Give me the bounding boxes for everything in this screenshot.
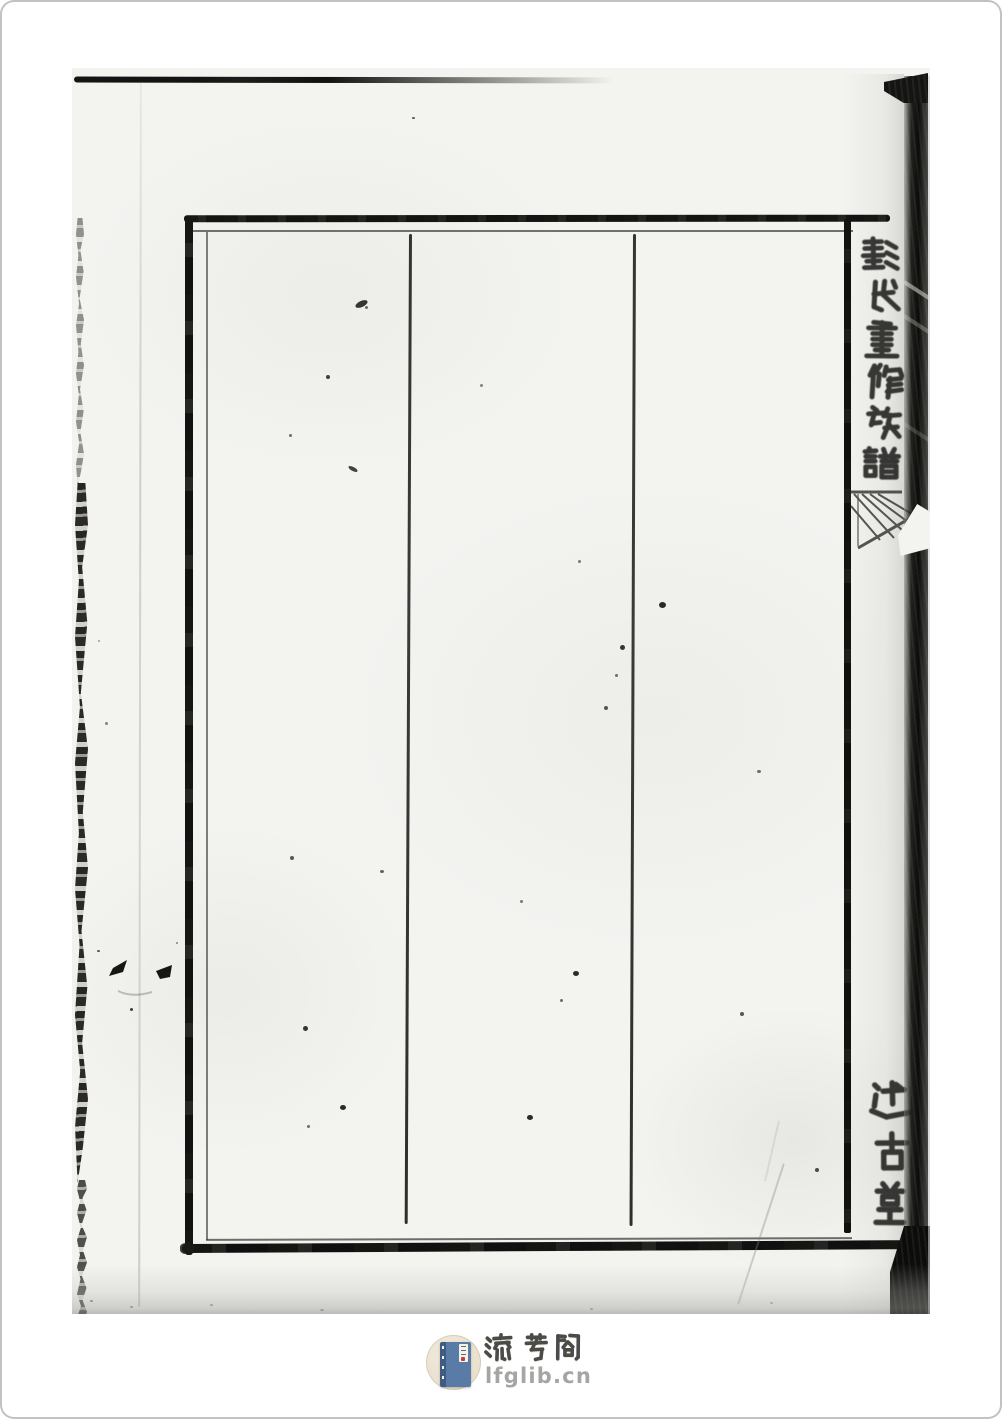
scanned-page-image	[72, 68, 930, 1314]
site-domain: lfglib.cn	[485, 1364, 592, 1388]
book-stitches	[442, 1346, 444, 1383]
book-label-text	[461, 1346, 466, 1357]
scan-overlay-marks	[72, 68, 930, 1314]
cjk-glyph	[484, 1333, 515, 1364]
cjk-glyph	[553, 1333, 583, 1363]
red-seal-icon	[461, 1357, 465, 1361]
page-bottom-edge-shadow	[72, 1264, 930, 1314]
watermark-logo	[426, 1335, 481, 1390]
fold-ink-marks	[109, 960, 172, 996]
scan-right-edge	[928, 76, 930, 1314]
screenshot-root: lfglib.cn	[0, 0, 1002, 1419]
cjk-glyph	[521, 1333, 551, 1363]
book-icon	[440, 1342, 471, 1387]
book-title-label	[459, 1344, 468, 1362]
binding-gutter-shadow	[904, 76, 928, 1314]
watermark: lfglib.cn	[424, 1332, 602, 1394]
site-name	[486, 1333, 584, 1363]
